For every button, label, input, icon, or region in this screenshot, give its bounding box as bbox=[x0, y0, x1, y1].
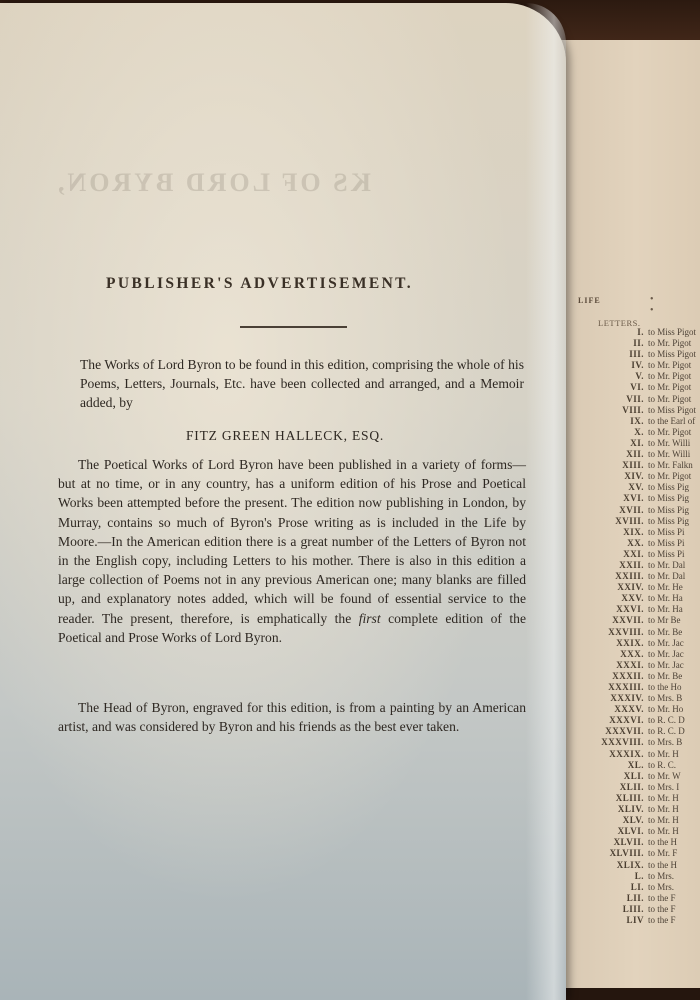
letter-entry: XI.to Mr. Willi bbox=[570, 438, 700, 449]
letter-number: XXIII. bbox=[570, 571, 648, 582]
letter-number: VIII. bbox=[570, 405, 648, 416]
letter-number: X. bbox=[570, 427, 648, 438]
letter-entry: VI.to Mr. Pigot bbox=[570, 382, 700, 393]
letter-entry: XLVIII.to Mr. F bbox=[570, 848, 700, 859]
letter-entry: XIV.to Mr. Pigot bbox=[570, 471, 700, 482]
letter-entry: XXX.to Mr. Jac bbox=[570, 649, 700, 660]
letter-number: LII. bbox=[570, 893, 648, 904]
letter-number: XXII. bbox=[570, 560, 648, 571]
letter-entry: XIII.to Mr. Falkn bbox=[570, 460, 700, 471]
letter-recipient: to Mr. Pigot bbox=[648, 371, 691, 382]
letter-recipient: to the H bbox=[648, 837, 677, 848]
letter-number: XIV. bbox=[570, 471, 648, 482]
letter-number: XXI. bbox=[570, 549, 648, 560]
letter-recipient: to Miss Pigot bbox=[648, 327, 696, 338]
letter-number: XLVII. bbox=[570, 837, 648, 848]
letter-recipient: to the F bbox=[648, 904, 676, 915]
letter-recipient: to Miss Pi bbox=[648, 549, 685, 560]
letter-recipient: to Mr. Be bbox=[648, 627, 682, 638]
letter-number: II. bbox=[570, 338, 648, 349]
letter-number: XII. bbox=[570, 449, 648, 460]
bleed-through-text: KS OF LORD BYRON, bbox=[55, 168, 371, 198]
letter-number: XLIX. bbox=[570, 860, 648, 871]
letter-number: XXXIII. bbox=[570, 682, 648, 693]
letter-entry: L.to Mrs. bbox=[570, 871, 700, 882]
letter-entry: XLVII.to the H bbox=[570, 837, 700, 848]
paragraph-text: The Poetical Works of Lord Byron have be… bbox=[58, 457, 526, 626]
letter-recipient: to Mrs. bbox=[648, 871, 674, 882]
letter-number: XXIX. bbox=[570, 638, 648, 649]
letter-number: IX. bbox=[570, 416, 648, 427]
page-title: PUBLISHER'S ADVERTISEMENT. bbox=[106, 275, 496, 293]
left-page: KS OF LORD BYRON, PUBLISHER'S ADVERTISEM… bbox=[0, 3, 566, 1000]
letter-entry: XXII.to Mr. Dal bbox=[570, 560, 700, 571]
letter-entry: XXV.to Mr. Ha bbox=[570, 593, 700, 604]
letter-recipient: to Mr. Ha bbox=[648, 593, 683, 604]
letter-number: XVI. bbox=[570, 493, 648, 504]
letter-entry: XLVI.to Mr. H bbox=[570, 826, 700, 837]
letter-recipient: to Miss Pigot bbox=[648, 349, 696, 360]
letter-recipient: to Mr. Pigot bbox=[648, 394, 691, 405]
letter-number: XXXVIII. bbox=[570, 737, 648, 748]
letter-recipient: to Miss Pi bbox=[648, 538, 685, 549]
paragraph-poetical-works: The Poetical Works of Lord Byron have be… bbox=[58, 455, 526, 647]
letter-recipient: to Mrs. B bbox=[648, 737, 682, 748]
letter-entry: XL.to R. C. bbox=[570, 760, 700, 771]
letter-number: XI. bbox=[570, 438, 648, 449]
letter-recipient: to Mr. Jac bbox=[648, 649, 684, 660]
letter-entry: LIII.to the F bbox=[570, 904, 700, 915]
letter-number: XXXV. bbox=[570, 704, 648, 715]
letter-recipient: to Mrs. B bbox=[648, 693, 682, 704]
emphasis-first: first bbox=[359, 611, 381, 626]
letter-recipient: to Mr. Ho bbox=[648, 704, 683, 715]
paragraph-head-of-byron: The Head of Byron, engraved for this edi… bbox=[58, 698, 526, 736]
letter-recipient: to Mr. Falkn bbox=[648, 460, 693, 471]
letter-number: LI. bbox=[570, 882, 648, 893]
letter-recipient: to Miss Pig bbox=[648, 505, 689, 516]
letter-number: XLIII. bbox=[570, 793, 648, 804]
letter-recipient: to Mr. Pigot bbox=[648, 471, 691, 482]
letter-number: LIV bbox=[570, 915, 648, 926]
letter-recipient: to R. C. bbox=[648, 760, 676, 771]
letter-recipient: to Mr. Pigot bbox=[648, 360, 691, 371]
letter-recipient: to Miss Pigot bbox=[648, 405, 696, 416]
letter-recipient: to Mr. Pigot bbox=[648, 338, 691, 349]
running-head-dots: • • bbox=[650, 294, 700, 316]
letter-entry: XXXVI.to R. C. D bbox=[570, 715, 700, 726]
letter-entry: XXXIX.to Mr. H bbox=[570, 749, 700, 760]
letter-entry: XXXVII.to R. C. D bbox=[570, 726, 700, 737]
letter-entry: XVI.to Miss Pig bbox=[570, 493, 700, 504]
letter-recipient: to Mr. W bbox=[648, 771, 681, 782]
letter-entry: XXVI.to Mr. Ha bbox=[570, 604, 700, 615]
letter-number: L. bbox=[570, 871, 648, 882]
letter-recipient: to Mr. H bbox=[648, 804, 679, 815]
letter-number: XLI. bbox=[570, 771, 648, 782]
letter-number: XVIII. bbox=[570, 516, 648, 527]
letter-recipient: to Miss Pi bbox=[648, 527, 685, 538]
letter-entry: XXXIV.to Mrs. B bbox=[570, 693, 700, 704]
letter-recipient: to Mr. F bbox=[648, 848, 677, 859]
letter-recipient: to R. C. D bbox=[648, 715, 685, 726]
letter-number: XVII. bbox=[570, 505, 648, 516]
letter-recipient: to the F bbox=[648, 915, 676, 926]
letter-number: XXXII. bbox=[570, 671, 648, 682]
letter-entry: XLII.to Mrs. I bbox=[570, 782, 700, 793]
letter-number: XLVIII. bbox=[570, 848, 648, 859]
letter-entry: LI.to Mrs. bbox=[570, 882, 700, 893]
letter-entry: II.to Mr. Pigot bbox=[570, 338, 700, 349]
letter-entry: IV.to Mr. Pigot bbox=[570, 360, 700, 371]
letter-number: XXXI. bbox=[570, 660, 648, 671]
author-name: FITZ GREEN HALLECK, ESQ. bbox=[186, 428, 384, 444]
letter-recipient: to Mr. Jac bbox=[648, 638, 684, 649]
letter-recipient: to Mr. H bbox=[648, 826, 679, 837]
letter-number: XXX. bbox=[570, 649, 648, 660]
letter-recipient: to Mr. Be bbox=[648, 671, 682, 682]
letter-entry: XXXIII.to the Ho bbox=[570, 682, 700, 693]
letter-number: XXXVI. bbox=[570, 715, 648, 726]
letter-recipient: to Miss Pig bbox=[648, 482, 689, 493]
letter-entry: III.to Miss Pigot bbox=[570, 349, 700, 360]
letter-number: XXXIX. bbox=[570, 749, 648, 760]
letter-recipient: to Mr. Dal bbox=[648, 560, 685, 571]
letter-entry: XIX.to Miss Pi bbox=[570, 527, 700, 538]
letter-number: XXV. bbox=[570, 593, 648, 604]
letter-number: XX. bbox=[570, 538, 648, 549]
letter-entry: IX.to the Earl of bbox=[570, 416, 700, 427]
paragraph-works: The Works of Lord Byron to be found in t… bbox=[80, 355, 524, 413]
letter-number: XIX. bbox=[570, 527, 648, 538]
letter-entry: XLIII.to Mr. H bbox=[570, 793, 700, 804]
letter-number: XIII. bbox=[570, 460, 648, 471]
letters-list: I.to Miss PigotII.to Mr. PigotIII.to Mis… bbox=[570, 327, 700, 926]
letter-entry: XII.to Mr. Willi bbox=[570, 449, 700, 460]
letter-recipient: to the Earl of bbox=[648, 416, 695, 427]
title-rule bbox=[240, 326, 347, 328]
letter-recipient: to Mr. Dal bbox=[648, 571, 685, 582]
letter-number: LIII. bbox=[570, 904, 648, 915]
letter-number: XLII. bbox=[570, 782, 648, 793]
letter-entry: I.to Miss Pigot bbox=[570, 327, 700, 338]
letter-recipient: to Mr. H bbox=[648, 815, 679, 826]
letter-recipient: to Mrs. bbox=[648, 882, 674, 893]
letter-recipient: to R. C. D bbox=[648, 726, 685, 737]
letter-entry: XLV.to Mr. H bbox=[570, 815, 700, 826]
letter-entry: XXXV.to Mr. Ho bbox=[570, 704, 700, 715]
letter-entry: XVIII.to Miss Pig bbox=[570, 516, 700, 527]
letter-number: XXXVII. bbox=[570, 726, 648, 737]
letter-recipient: to Mr Be bbox=[648, 615, 681, 626]
letter-entry: XLIX.to the H bbox=[570, 860, 700, 871]
letter-entry: XXIII.to Mr. Dal bbox=[570, 571, 700, 582]
letter-recipient: to Mr. He bbox=[648, 582, 683, 593]
letter-recipient: to the Ho bbox=[648, 682, 682, 693]
letter-recipient: to the H bbox=[648, 860, 677, 871]
letter-number: III. bbox=[570, 349, 648, 360]
letter-entry: XVII.to Miss Pig bbox=[570, 505, 700, 516]
letter-entry: XXIX.to Mr. Jac bbox=[570, 638, 700, 649]
letter-number: V. bbox=[570, 371, 648, 382]
letter-number: XXXIV. bbox=[570, 693, 648, 704]
letter-entry: VII.to Mr. Pigot bbox=[570, 394, 700, 405]
letter-entry: VIII.to Miss Pigot bbox=[570, 405, 700, 416]
letter-number: I. bbox=[570, 327, 648, 338]
letter-recipient: to Mr. Willi bbox=[648, 438, 690, 449]
letter-entry: X.to Mr. Pigot bbox=[570, 427, 700, 438]
letter-number: XXVIII. bbox=[570, 627, 648, 638]
letter-entry: V.to Mr. Pigot bbox=[570, 371, 700, 382]
letter-entry: XV.to Miss Pig bbox=[570, 482, 700, 493]
letter-entry: XXVIII.to Mr. Be bbox=[570, 627, 700, 638]
letter-entry: XX.to Miss Pi bbox=[570, 538, 700, 549]
letter-recipient: to Mr. Willi bbox=[648, 449, 690, 460]
letter-entry: XXXII.to Mr. Be bbox=[570, 671, 700, 682]
letter-number: IV. bbox=[570, 360, 648, 371]
letter-recipient: to Miss Pig bbox=[648, 493, 689, 504]
letter-recipient: to Mr. Jac bbox=[648, 660, 684, 671]
letter-number: XXVI. bbox=[570, 604, 648, 615]
letter-entry: LII.to the F bbox=[570, 893, 700, 904]
letter-number: XLVI. bbox=[570, 826, 648, 837]
running-head: LIFE bbox=[578, 296, 601, 305]
letter-recipient: to Mr. Ha bbox=[648, 604, 683, 615]
letter-number: VII. bbox=[570, 394, 648, 405]
letter-entry: XXVII.to Mr Be bbox=[570, 615, 700, 626]
letter-entry: XXIV.to Mr. He bbox=[570, 582, 700, 593]
letter-entry: XXXI.to Mr. Jac bbox=[570, 660, 700, 671]
letter-recipient: to Mr. Pigot bbox=[648, 382, 691, 393]
letter-number: VI. bbox=[570, 382, 648, 393]
letter-number: XV. bbox=[570, 482, 648, 493]
letter-number: XXIV. bbox=[570, 582, 648, 593]
letter-number: XLV. bbox=[570, 815, 648, 826]
letter-recipient: to Miss Pig bbox=[648, 516, 689, 527]
letter-recipient: to Mr. H bbox=[648, 793, 679, 804]
letter-recipient: to Mrs. I bbox=[648, 782, 679, 793]
letter-entry: XLIV.to Mr. H bbox=[570, 804, 700, 815]
letter-entry: XXXVIII.to Mrs. B bbox=[570, 737, 700, 748]
letter-entry: XLI.to Mr. W bbox=[570, 771, 700, 782]
letter-number: XL. bbox=[570, 760, 648, 771]
letter-recipient: to Mr. H bbox=[648, 749, 679, 760]
letter-recipient: to Mr. Pigot bbox=[648, 427, 691, 438]
letter-number: XLIV. bbox=[570, 804, 648, 815]
letter-recipient: to the F bbox=[648, 893, 676, 904]
letter-entry: LIVto the F bbox=[570, 915, 700, 926]
letter-number: XXVII. bbox=[570, 615, 648, 626]
letter-entry: XXI.to Miss Pi bbox=[570, 549, 700, 560]
